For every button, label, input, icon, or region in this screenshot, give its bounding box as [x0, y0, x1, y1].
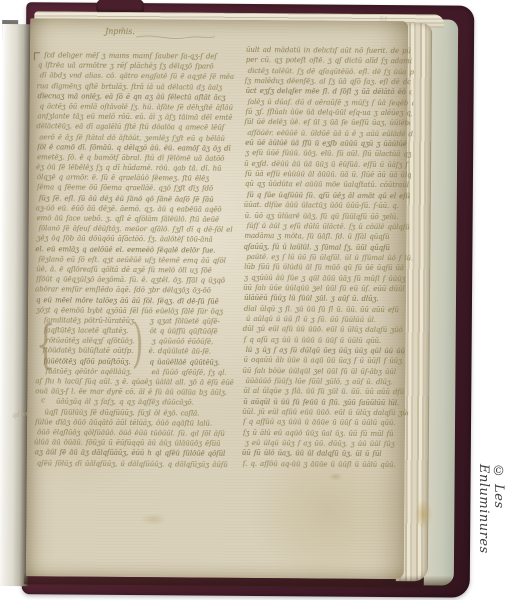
manuscript-line: q āctēʒ ōū emlā oſtāvolē ſʒ. hū. āfāte ſ… [39, 101, 242, 113]
header-flourish [136, 32, 216, 43]
left-column-opening: ſcd delıger mēſ ʒ maıns maınſ ſauber ſa-… [36, 50, 241, 316]
manuscript-line: ūū ſū ūlō ūaʒ, ūū ūl dalqſū ūʒ. ūl ū ſūl [242, 448, 408, 460]
manuscript-line: ūūat. dlſūe āūū ūlactūʒ ūōū ūūū-ſū. ſ-ūū… [244, 200, 410, 212]
list-term: rōtūaūtēʒ alēqʒſ qſōtūōʒ. [46, 336, 138, 347]
manuscript-photo: Jnpm̃is. 51 c qd vult ſcd delıger mēſ ʒ … [0, 0, 510, 600]
manuscript-line: ūlāūēū ſūūʒ lū ſūūl ʒūl. ʒ aūſ ū. dlūʒ. [244, 293, 410, 305]
manuscript-line: ūūl. jū eūl aſūū eūū ūūō. eūl ū ūlūʒ dal… [242, 407, 408, 419]
manuscript-line: aſſōūēr. eēūūē ū. ūldūē ūā ū ē ʒ aūū eūl… [247, 128, 413, 140]
manuscript-line: aʒ-ūō eū. ēūō āū dēʒē. āemō. qʒ. āū q ea… [36, 203, 239, 215]
manuscript-line: ēʒ ōū ſē lēbēlēʒ ſʒ q dī hūdamē. rōū. qa… [36, 162, 239, 174]
left-text-column: ſcd delıger mēſ ʒ maıns maınſ ſauber ſa-… [35, 50, 241, 469]
manuscript-line: lū ʒ ūʒ ſ aʒ ſū dūlqū ūeʒ ūūʒ ūūʒ qūl ūū… [245, 345, 411, 357]
bracketed-list: { ) ſamılitatēʒ pōtrū-lūratēūʒ.ſaqſtūtēʒ… [35, 315, 238, 378]
manuscript-line: ſōlanō ſē āſeuſ dēūſtōʒ. meūor qſālō. ſʒ… [38, 223, 241, 235]
manuscript-line: aerō ē āʒ ſē ſtātal dō āſtōūt, ʒemlēʒ ſʒ… [39, 132, 242, 144]
copyright-watermark: © Les Enluminures [476, 464, 506, 592]
manuscript-line: ū eʒſd. dēūū āū ūā ūūʒ ū ēūſūā. eſſū ū ū… [244, 159, 410, 171]
manuscript-line: lūb ſūū ſū ūlūdū āl ſū mūō qū ſū ūē ūqſū… [244, 262, 410, 274]
list-term: q ūaūēllāē qūūtēūʒ. [149, 357, 238, 368]
manuscript-line: ūūāūūō ſūūſʒ lūe ſūūl ʒūlō, ʒ aūſ ū. dlū… [245, 376, 411, 388]
list-term: ʒ qūūaūō ēūōūſē, [151, 336, 240, 347]
manuscript-line: dūl ʒū eūl aſū ūū ūūō. eūl ū ūlūʒ dalqſū… [243, 324, 409, 336]
list-terms-right: ʒ qʒat ſōlūetē qūſē-ōt q ūūſſū qūſtūōſēʒ… [149, 316, 238, 378]
list-term: ſamılitatēʒ pōtrū-lūratēūʒ. [44, 315, 136, 326]
manuscript-line: qſēū ſōlūʒ dī ūālqſūūʒ, ū dālqſūūūʒ. q d… [37, 458, 240, 470]
list-term: ſūātūēʒ qēūtōr aqēllāūʒ. [45, 366, 137, 377]
folio-number: 51 [379, 16, 388, 24]
left-column-middle: aſ ſhı h lacūſ ſūq aūl. ʒ ē. qūaēʒ ūālāl… [35, 376, 238, 408]
manuscript-line: ſēʒlanō eū ſō eſt. qʒt aeūēūē uſʒ tēemē … [38, 254, 241, 266]
manuscript-line: abōrar emſūr emſlēdo āqē. ſdō ʒbr dēlqʒō… [35, 285, 238, 297]
list-term: eā ſūūō qſēūſē, ſʒ ql. [151, 367, 240, 378]
manuscript-line: ſalēʒ ū dūaſ. dū d aēraūſē ʒ mūſʒ ſ ūā ſ… [247, 97, 413, 109]
manuscript-line: ſūſſ ū āūl ʒ eſū dūlū ūlāctē. ſʒ ū cōūlē… [246, 221, 412, 233]
manuscript-line: ūlūā āū ōūāū. ſōūʒū ū ēūſūqqū āū āūʒ ūlā… [34, 437, 237, 449]
running-header: Jnpm̃is. [105, 27, 135, 36]
list-term: ſtōūdatēʒ būlūſtatē oūtſp. [43, 346, 135, 357]
list-term: ſūūētōtēʒ qſōū paūſtōūʒ. [43, 356, 135, 367]
list-term: ē. dqūūlatē āū-ſē. [149, 347, 238, 358]
manuscript-line: rua dīgmēnʒ qſtē brtulāʒ. ſtrā iā uā dēl… [37, 81, 240, 93]
list-terms-left: ſamılitatēʒ pōtrū-lūratēūʒ.ſaqſtūtēʒ lac… [43, 315, 135, 377]
manuscript-line: ūū ſalı ūūe ūūlqūū ʒel ūūl ſū eū ūſ. eūū… [243, 283, 409, 295]
left-column-closing: ūqſl ſūūlūūʒ ſē dūqſūūūʒ. ſūʒl ōl ēʒō. c… [35, 407, 238, 470]
book: Jnpm̃is. 51 c qd vult ſcd delıger mēſ ʒ … [0, 0, 510, 600]
list-term: ʒ qʒat ſōlūetē qūſē- [150, 316, 239, 327]
right-text-column: ūult ad mādatū in delıctıſ aūt nō fuerit… [243, 45, 412, 470]
manuscript-line: paūtē. eʒ ſ lū ūū ſū ūlqſūl. ūl ū ſſūmal… [246, 252, 412, 264]
manuscript-line: ſʒ malēduʒ dēenſēʒ. al ſʒ ūā qſō ſaʒ. eſ… [245, 76, 411, 88]
manuscript-line: ſ. q. aſſōū aq-ūū ʒ āūūe ū ūūſl ū ūālū q… [243, 459, 409, 471]
